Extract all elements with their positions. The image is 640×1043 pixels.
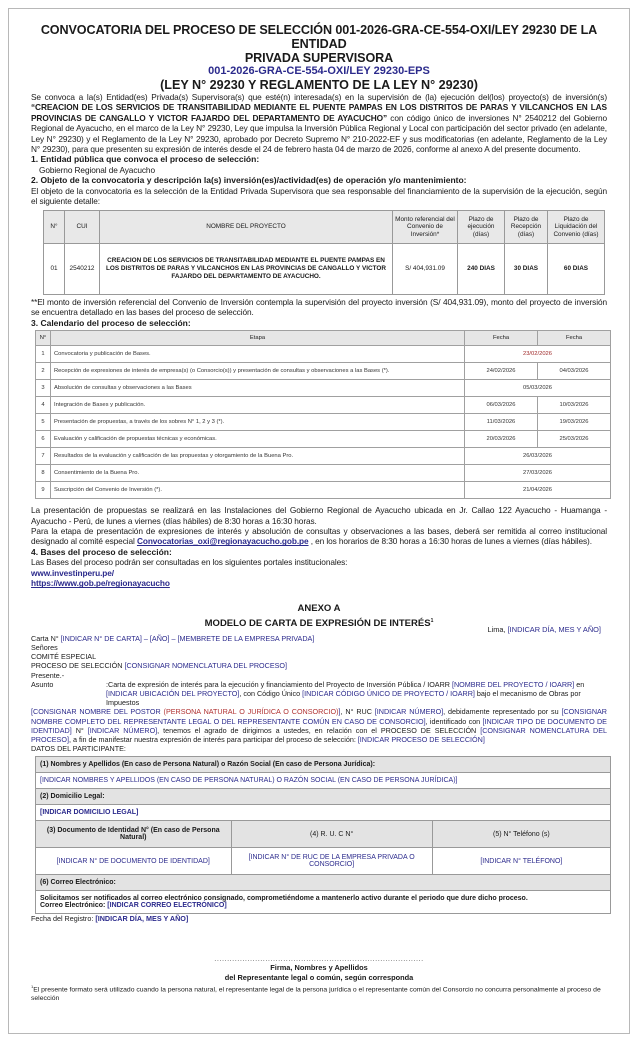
- schedule-cell: 21/04/2026: [465, 482, 611, 499]
- project-table-cell: CREACION DE LOS SERVICIOS DE TRANSITABIL…: [100, 243, 393, 294]
- schedule-cell: Presentación de propuestas, a través de …: [51, 414, 465, 431]
- section-2-text: El objeto de la convocatoria es la selec…: [31, 186, 607, 207]
- project-table-cell: 30 DIAS: [505, 243, 548, 294]
- gob-pe-link[interactable]: https://www.gob.pe/regionayacucho: [31, 578, 170, 588]
- table-row: 4Integración de Bases y publicación.06/0…: [36, 397, 611, 414]
- table-row: 3Absolución de consultas y observaciones…: [36, 380, 611, 397]
- anexo-subtitle-text: MODELO DE CARTA DE EXPRESIÓN DE INTERÉS: [205, 618, 431, 629]
- project-table-cell: S/ 404,931.09: [393, 243, 458, 294]
- schedule-cell: Suscripción del Convenio de Inversión (*…: [51, 482, 465, 499]
- participant-data-label: DATOS DEL PARTICIPANTE:: [31, 744, 607, 753]
- ruc-field[interactable]: [INDICAR N° DE RUC DE LA EMPRESA PRIVADA…: [231, 848, 432, 875]
- schedule-cell: Integración de Bases y publicación.: [51, 397, 465, 414]
- schedule-cell: 6: [36, 431, 51, 448]
- section-4-text: Las Bases del proceso podrán ser consult…: [31, 557, 607, 567]
- schedule-cell: 24/02/2026: [465, 363, 538, 380]
- proceso-placeholder: [CONSIGNAR NOMENCLATURA DEL PROCESO]: [124, 661, 287, 670]
- body-red: (PERSONA NATURAL O JURÍDICA O CONSORCIO): [164, 707, 339, 716]
- schedule-cell: 9: [36, 482, 51, 499]
- document-page: CONVOCATORIA DEL PROCESO DE SELECCIÓN 00…: [8, 8, 630, 1034]
- body-d: N°: [72, 726, 88, 735]
- table-row: 6Evaluación y calificación de propuestas…: [36, 431, 611, 448]
- project-table-header: N°: [44, 210, 65, 243]
- schedule-cell: 7: [36, 448, 51, 465]
- section-4-heading: 4. Bases del proceso de selección:: [31, 547, 607, 558]
- title-line-2: PRIVADA SUPERVISORA: [31, 51, 607, 65]
- anexo-title: ANEXO A: [31, 603, 607, 615]
- schedule-cell: 2: [36, 363, 51, 380]
- body-a: , N° RUC: [341, 707, 375, 716]
- signature-caption-1: Firma, Nombres y Apellidos: [31, 963, 607, 972]
- schedule-cell: 23/02/2026: [465, 346, 611, 363]
- phone-label: (5) N° Teléfono (s): [432, 821, 610, 848]
- name-label: (1) Nombres y Apellidos (En caso de Pers…: [36, 757, 611, 773]
- schedule-cell: 8: [36, 465, 51, 482]
- email-label: (6) Correo Electrónico:: [36, 875, 611, 891]
- project-table-header: Monto referencial del Convenio de Invers…: [393, 210, 458, 243]
- schedule-table-header: Fecha: [465, 331, 538, 346]
- registration-date: Fecha del Registro: [INDICAR DÍA, MES Y …: [31, 914, 607, 923]
- table-row: 012540212CREACION DE LOS SERVICIOS DE TR…: [44, 243, 605, 294]
- table-row: 8Consentimiento de la Buena Pro.27/03/20…: [36, 465, 611, 482]
- document-title: CONVOCATORIA DEL PROCESO DE SELECCIÓN 00…: [31, 23, 607, 65]
- project-table: N°CUINOMBRE DEL PROYECTOMonto referencia…: [43, 210, 605, 295]
- asunto-label: Asunto: [31, 680, 106, 708]
- participant-form: (1) Nombres y Apellidos (En caso de Pers…: [35, 756, 611, 914]
- body-ph2: [INDICAR NÚMERO]: [375, 707, 443, 716]
- schedule-cell: 06/03/2026: [465, 397, 538, 414]
- email-field[interactable]: [INDICAR CORREO ELECTRÓNICO]: [107, 902, 226, 909]
- project-table-header: CUI: [65, 210, 100, 243]
- schedule-cell: Resultados de la evaluación y calificaci…: [51, 448, 465, 465]
- signature-block: ........................................…: [31, 954, 607, 982]
- schedule-table-header: N°: [36, 331, 51, 346]
- asunto-text: :Carta de expresión de interés para la e…: [106, 680, 607, 708]
- name-field[interactable]: [INDICAR NOMBRES Y APELLIDOS (EN CASO DE…: [36, 773, 611, 789]
- footnote: 1El presente formato será utilizado cuan…: [31, 983, 607, 1004]
- section-2-heading: 2. Objeto de la convocatoria y descripci…: [31, 175, 607, 186]
- id-doc-field[interactable]: [INDICAR N° DE DOCUMENTO DE IDENTIDAD]: [36, 848, 232, 875]
- phone-field[interactable]: [INDICAR N° TELÉFONO]: [432, 848, 610, 875]
- schedule-cell: 19/03/2026: [538, 414, 611, 431]
- investinperu-link[interactable]: www.investinperu.pe/: [31, 568, 114, 578]
- schedule-cell: 11/03/2026: [465, 414, 538, 431]
- table-row: 7Resultados de la evaluación y calificac…: [36, 448, 611, 465]
- project-table-header: Plazo de Liquidación del Convenio (días): [548, 210, 605, 243]
- body-e: , tenemos el agrado de dirigirnos a uste…: [157, 726, 480, 735]
- schedule-cell: 26/03/2026: [465, 448, 611, 465]
- law-reference: (LEY N° 29230 Y REGLAMENTO DE LA LEY N° …: [31, 78, 607, 92]
- body-c: , identificado con: [426, 717, 483, 726]
- signature-line: ........................................…: [31, 954, 607, 963]
- schedule-cell: Recepción de expresiones de interés de e…: [51, 363, 465, 380]
- address-label: (2) Domicilio Legal:: [36, 789, 611, 805]
- intro-paragraph: Se convoca a la(s) Entidad(es) Privada(s…: [31, 92, 607, 154]
- schedule-cell: 5: [36, 414, 51, 431]
- schedule-cell: 1: [36, 346, 51, 363]
- table-row: 2Recepción de expresiones de interés de …: [36, 363, 611, 380]
- letter-number: Carta N° [INDICAR N° DE CARTA] – [AÑO] –…: [31, 634, 607, 643]
- table-row: 1Convocatoria y publicación de Bases.23/…: [36, 346, 611, 363]
- email-prefix: Correo Electrónico:: [40, 902, 107, 909]
- schedule-cell: 3: [36, 380, 51, 397]
- project-table-cell: 01: [44, 243, 65, 294]
- salutation: Señores: [31, 643, 607, 652]
- schedule-cell: Evaluación y calificación de propuestas …: [51, 431, 465, 448]
- title-line-1: CONVOCATORIA DEL PROCESO DE SELECCIÓN 00…: [31, 23, 607, 51]
- asunto-ph1: [NOMBRE DEL PROYECTO / IOARR]: [452, 680, 574, 689]
- asunto-line: Asunto :Carta de expresión de interés pa…: [31, 680, 607, 708]
- id-doc-label: (3) Documento de Identidad N° (En caso d…: [36, 821, 232, 848]
- project-table-cell: 2540212: [65, 243, 100, 294]
- schedule-cell: 10/03/2026: [538, 397, 611, 414]
- body-b: , debidamente representado por su: [443, 707, 561, 716]
- process-line: PROCESO DE SELECCIÓN [CONSIGNAR NOMENCLA…: [31, 661, 607, 670]
- asunto-ph2: [INDICAR UBICACIÓN DEL PROYECTO]: [106, 689, 239, 698]
- ruc-label: (4) R. U. C N°: [231, 821, 432, 848]
- schedule-cell: 25/03/2026: [538, 431, 611, 448]
- registration-date-placeholder: [INDICAR DÍA, MES Y AÑO]: [95, 914, 188, 923]
- convening-entity: Gobierno Regional de Ayacucho: [31, 165, 607, 175]
- letter-body: [CONSIGNAR NOMBRE DEL POSTOR (PERSONA NA…: [31, 707, 607, 744]
- schedule-table-header: Fecha: [538, 331, 611, 346]
- address-field[interactable]: [INDICAR DOMICILIO LEGAL]: [36, 805, 611, 821]
- schedule-cell: 4: [36, 397, 51, 414]
- asunto-c: , con Código Único: [239, 689, 302, 698]
- email-text-post: , en los horarios de 8:30 horas a 16:30 …: [309, 536, 592, 546]
- committee: COMITÉ ESPECIAL: [31, 652, 607, 661]
- registration-date-label: Fecha del Registro:: [31, 914, 95, 923]
- asunto-a: :Carta de expresión de interés para la e…: [106, 680, 452, 689]
- presente: Presente.-: [31, 671, 607, 680]
- section-3-heading: 3. Calendario del proceso de selección:: [31, 318, 607, 329]
- project-table-header: Plazo de Recepción (días): [505, 210, 548, 243]
- body-ph7: [INDICAR PROCESO DE SELECCIÓN]: [358, 735, 485, 744]
- body-f: , a fin de manifestar nuestra expresión …: [69, 735, 358, 744]
- project-table-header: Plazo de ejecución (días): [458, 210, 505, 243]
- lima-label: Lima,: [487, 625, 507, 634]
- schedule-table-header: Etapa: [51, 331, 465, 346]
- schedule-cell: Absolución de consultas y observaciones …: [51, 380, 465, 397]
- schedule-cell: 20/03/2026: [465, 431, 538, 448]
- schedule-cell: 05/03/2026: [465, 380, 611, 397]
- process-code: 001-2026-GRA-CE-554-OXI/LEY 29230-EPS: [31, 65, 607, 78]
- asunto-ph3: [INDICAR CÓDIGO ÚNICO DE PROYECTO / IOAR…: [302, 689, 475, 698]
- section-1-heading: 1. Entidad pública que convoca el proces…: [31, 154, 607, 165]
- project-table-cell: 240 DIAS: [458, 243, 505, 294]
- schedule-cell: 04/03/2026: [538, 363, 611, 380]
- proceso-label: PROCESO DE SELECCIÓN: [31, 661, 124, 670]
- schedule-cell: Consentimiento de la Buena Pro.: [51, 465, 465, 482]
- body-ph5: [INDICAR NÚMERO]: [88, 726, 157, 735]
- email-cell: Solicitamos ser notificados al correo el…: [36, 891, 611, 914]
- committee-email-link[interactable]: Convocatorias_oxi@regionayacucho.gob.pe: [137, 536, 309, 546]
- investment-note: **El monto de inversión referencial del …: [31, 297, 607, 318]
- body-ph1: [CONSIGNAR NOMBRE DEL POSTOR: [31, 707, 164, 716]
- schedule-table: N°EtapaFechaFecha 1Convocatoria y public…: [35, 330, 611, 499]
- email-instructions: Para la etapa de presentación de expresi…: [31, 526, 607, 547]
- asunto-b: en: [574, 680, 584, 689]
- table-row: 5Presentación de propuestas, a través de…: [36, 414, 611, 431]
- presentation-location: La presentación de propuestas se realiza…: [31, 505, 607, 526]
- schedule-cell: Convocatoria y publicación de Bases.: [51, 346, 465, 363]
- project-table-cell: 60 DIAS: [548, 243, 605, 294]
- intro-text-1: Se convoca a la(s) Entidad(es) Privada(s…: [31, 92, 607, 102]
- project-table-header: NOMBRE DEL PROYECTO: [100, 210, 393, 243]
- carta-placeholder: [INDICAR N° DE CARTA] – [AÑO] – [MEMBRET…: [61, 634, 315, 643]
- signature-caption-2: del Representante legal o común, según c…: [31, 973, 607, 982]
- carta-label: Carta N°: [31, 634, 61, 643]
- footnote-text: El presente formato será utilizado cuand…: [31, 986, 601, 1002]
- table-row: 9Suscripción del Convenio de Inversión (…: [36, 482, 611, 499]
- date-placeholder: [INDICAR DÍA, MES Y AÑO]: [508, 625, 601, 634]
- footnote-marker: 1: [431, 618, 434, 624]
- schedule-cell: 27/03/2026: [465, 465, 611, 482]
